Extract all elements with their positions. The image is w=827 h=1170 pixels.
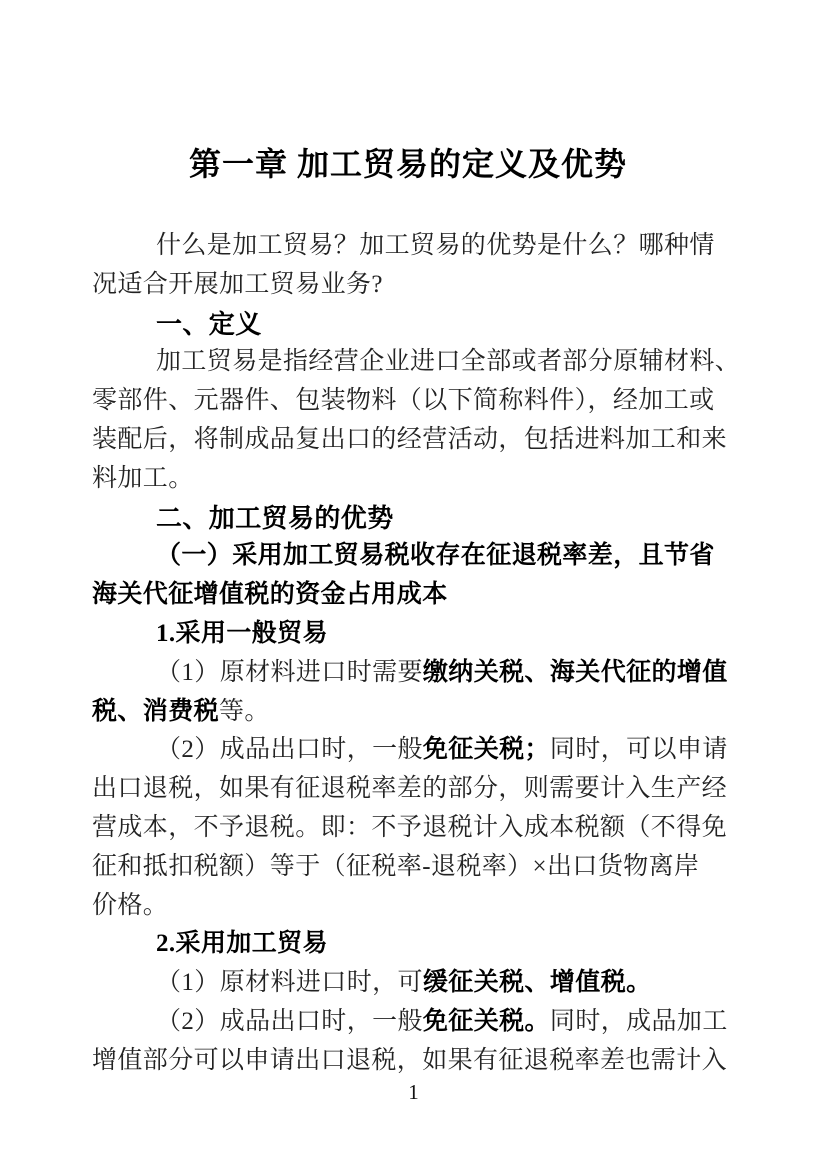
- text-line: 一、定义: [92, 305, 722, 344]
- text-segment: （1）原材料进口时，可: [156, 969, 423, 996]
- text-segment: （2）成品出口时，一般: [156, 736, 423, 763]
- text-segment: （1）原材料进口时需要: [156, 659, 423, 686]
- text-line: 什么是加工贸易？加工贸易的优势是什么？哪种情: [92, 227, 722, 266]
- text-line: 1.采用一般贸易: [92, 615, 722, 654]
- text-segment: 零部件、元器件、包装物料（以下简称料件），经加工或: [92, 387, 715, 414]
- bold-text-segment: 一、定义: [156, 309, 262, 339]
- text-line: 海关代征增值税的资金占用成本: [92, 576, 722, 615]
- text-line: （1）原材料进口时，可缓征关税、增值税。: [92, 964, 722, 1003]
- text-line: 增值部分可以申请出口退税，如果有征退税率差也需计入: [92, 1042, 722, 1081]
- text-segment: 什么是加工贸易？加工贸易的优势是什么？哪种情: [156, 232, 715, 259]
- text-line: 营成本，不予退税。即：不予退税计入成本税额（不得免: [92, 809, 722, 848]
- text-line: （2）成品出口时，一般免征关税；同时，可以申请: [92, 731, 722, 770]
- text-line: （一）采用加工贸易税收存在征退税率差，且节省: [92, 537, 722, 576]
- bold-text-segment: 免征关税；: [423, 736, 550, 763]
- text-segment: 同时，可以申请: [550, 736, 728, 763]
- text-segment: 况适合开展加工贸易业务?: [92, 271, 383, 298]
- bold-text-segment: 缓征关税、增值税。: [423, 969, 652, 996]
- bold-text-segment: 税、消费税: [92, 698, 219, 725]
- bold-text-segment: （一）采用加工贸易税收存在征退税率差，且节省: [156, 542, 715, 569]
- chapter-title: 第一章 加工贸易的定义及优势: [92, 139, 724, 185]
- text-line: 征和抵扣税额）等于（征税率-退税率）×出口货物离岸: [92, 848, 722, 887]
- text-line: （1）原材料进口时需要缴纳关税、海关代征的增值: [92, 654, 722, 693]
- text-segment: 等。: [219, 698, 270, 725]
- text-segment: 同时，成品加工: [550, 1008, 728, 1035]
- text-line: 加工贸易是指经营企业进口全部或者部分原辅材料、: [92, 343, 722, 382]
- text-line: 装配后，将制成品复出口的经营活动，包括进料加工和来: [92, 421, 722, 460]
- text-segment: （2）成品出口时，一般: [156, 1008, 423, 1035]
- text-line: 零部件、元器件、包装物料（以下简称料件），经加工或: [92, 382, 722, 421]
- bold-text-segment: 1.采用一般贸易: [156, 620, 328, 647]
- text-segment: 增值部分可以申请出口退税，如果有征退税率差也需计入: [92, 1047, 727, 1074]
- text-line: 税、消费税等。: [92, 693, 722, 732]
- text-line: 出口退税，如果有征退税率差的部分，则需要计入生产经: [92, 770, 722, 809]
- text-segment: 价格。: [92, 892, 168, 919]
- text-line: 料加工。: [92, 460, 722, 499]
- text-segment: 料加工。: [92, 465, 194, 492]
- text-line: （2）成品出口时，一般免征关税。同时，成品加工: [92, 1003, 722, 1042]
- bold-text-segment: 2.采用加工贸易: [156, 930, 328, 957]
- bold-text-segment: 二、加工贸易的优势: [156, 503, 394, 533]
- text-line: 价格。: [92, 887, 722, 926]
- text-line: 二、加工贸易的优势: [92, 499, 722, 538]
- bold-text-segment: 缴纳关税、海关代征的增值: [423, 659, 728, 686]
- text-segment: 出口退税，如果有征退税率差的部分，则需要计入生产经: [92, 775, 727, 802]
- text-segment: 营成本，不予退税。即：不予退税计入成本税额（不得免: [92, 814, 727, 841]
- bold-text-segment: 海关代征增值税的资金占用成本: [92, 581, 448, 608]
- document-body: 什么是加工贸易？加工贸易的优势是什么？哪种情况适合开展加工贸易业务?一、定义加工…: [92, 227, 722, 1081]
- text-line: 况适合开展加工贸易业务?: [92, 266, 722, 305]
- text-line: 2.采用加工贸易: [92, 925, 722, 964]
- text-segment: 加工贸易是指经营企业进口全部或者部分原辅材料、: [156, 348, 740, 375]
- page-number: 1: [0, 1080, 827, 1105]
- text-segment: 征和抵扣税额）等于（征税率-退税率）×出口货物离岸: [92, 853, 699, 880]
- document-page: 第一章 加工贸易的定义及优势 什么是加工贸易？加工贸易的优势是什么？哪种情况适合…: [0, 0, 827, 1170]
- text-segment: 装配后，将制成品复出口的经营活动，包括进料加工和来: [92, 426, 727, 453]
- bold-text-segment: 免征关税。: [423, 1008, 550, 1035]
